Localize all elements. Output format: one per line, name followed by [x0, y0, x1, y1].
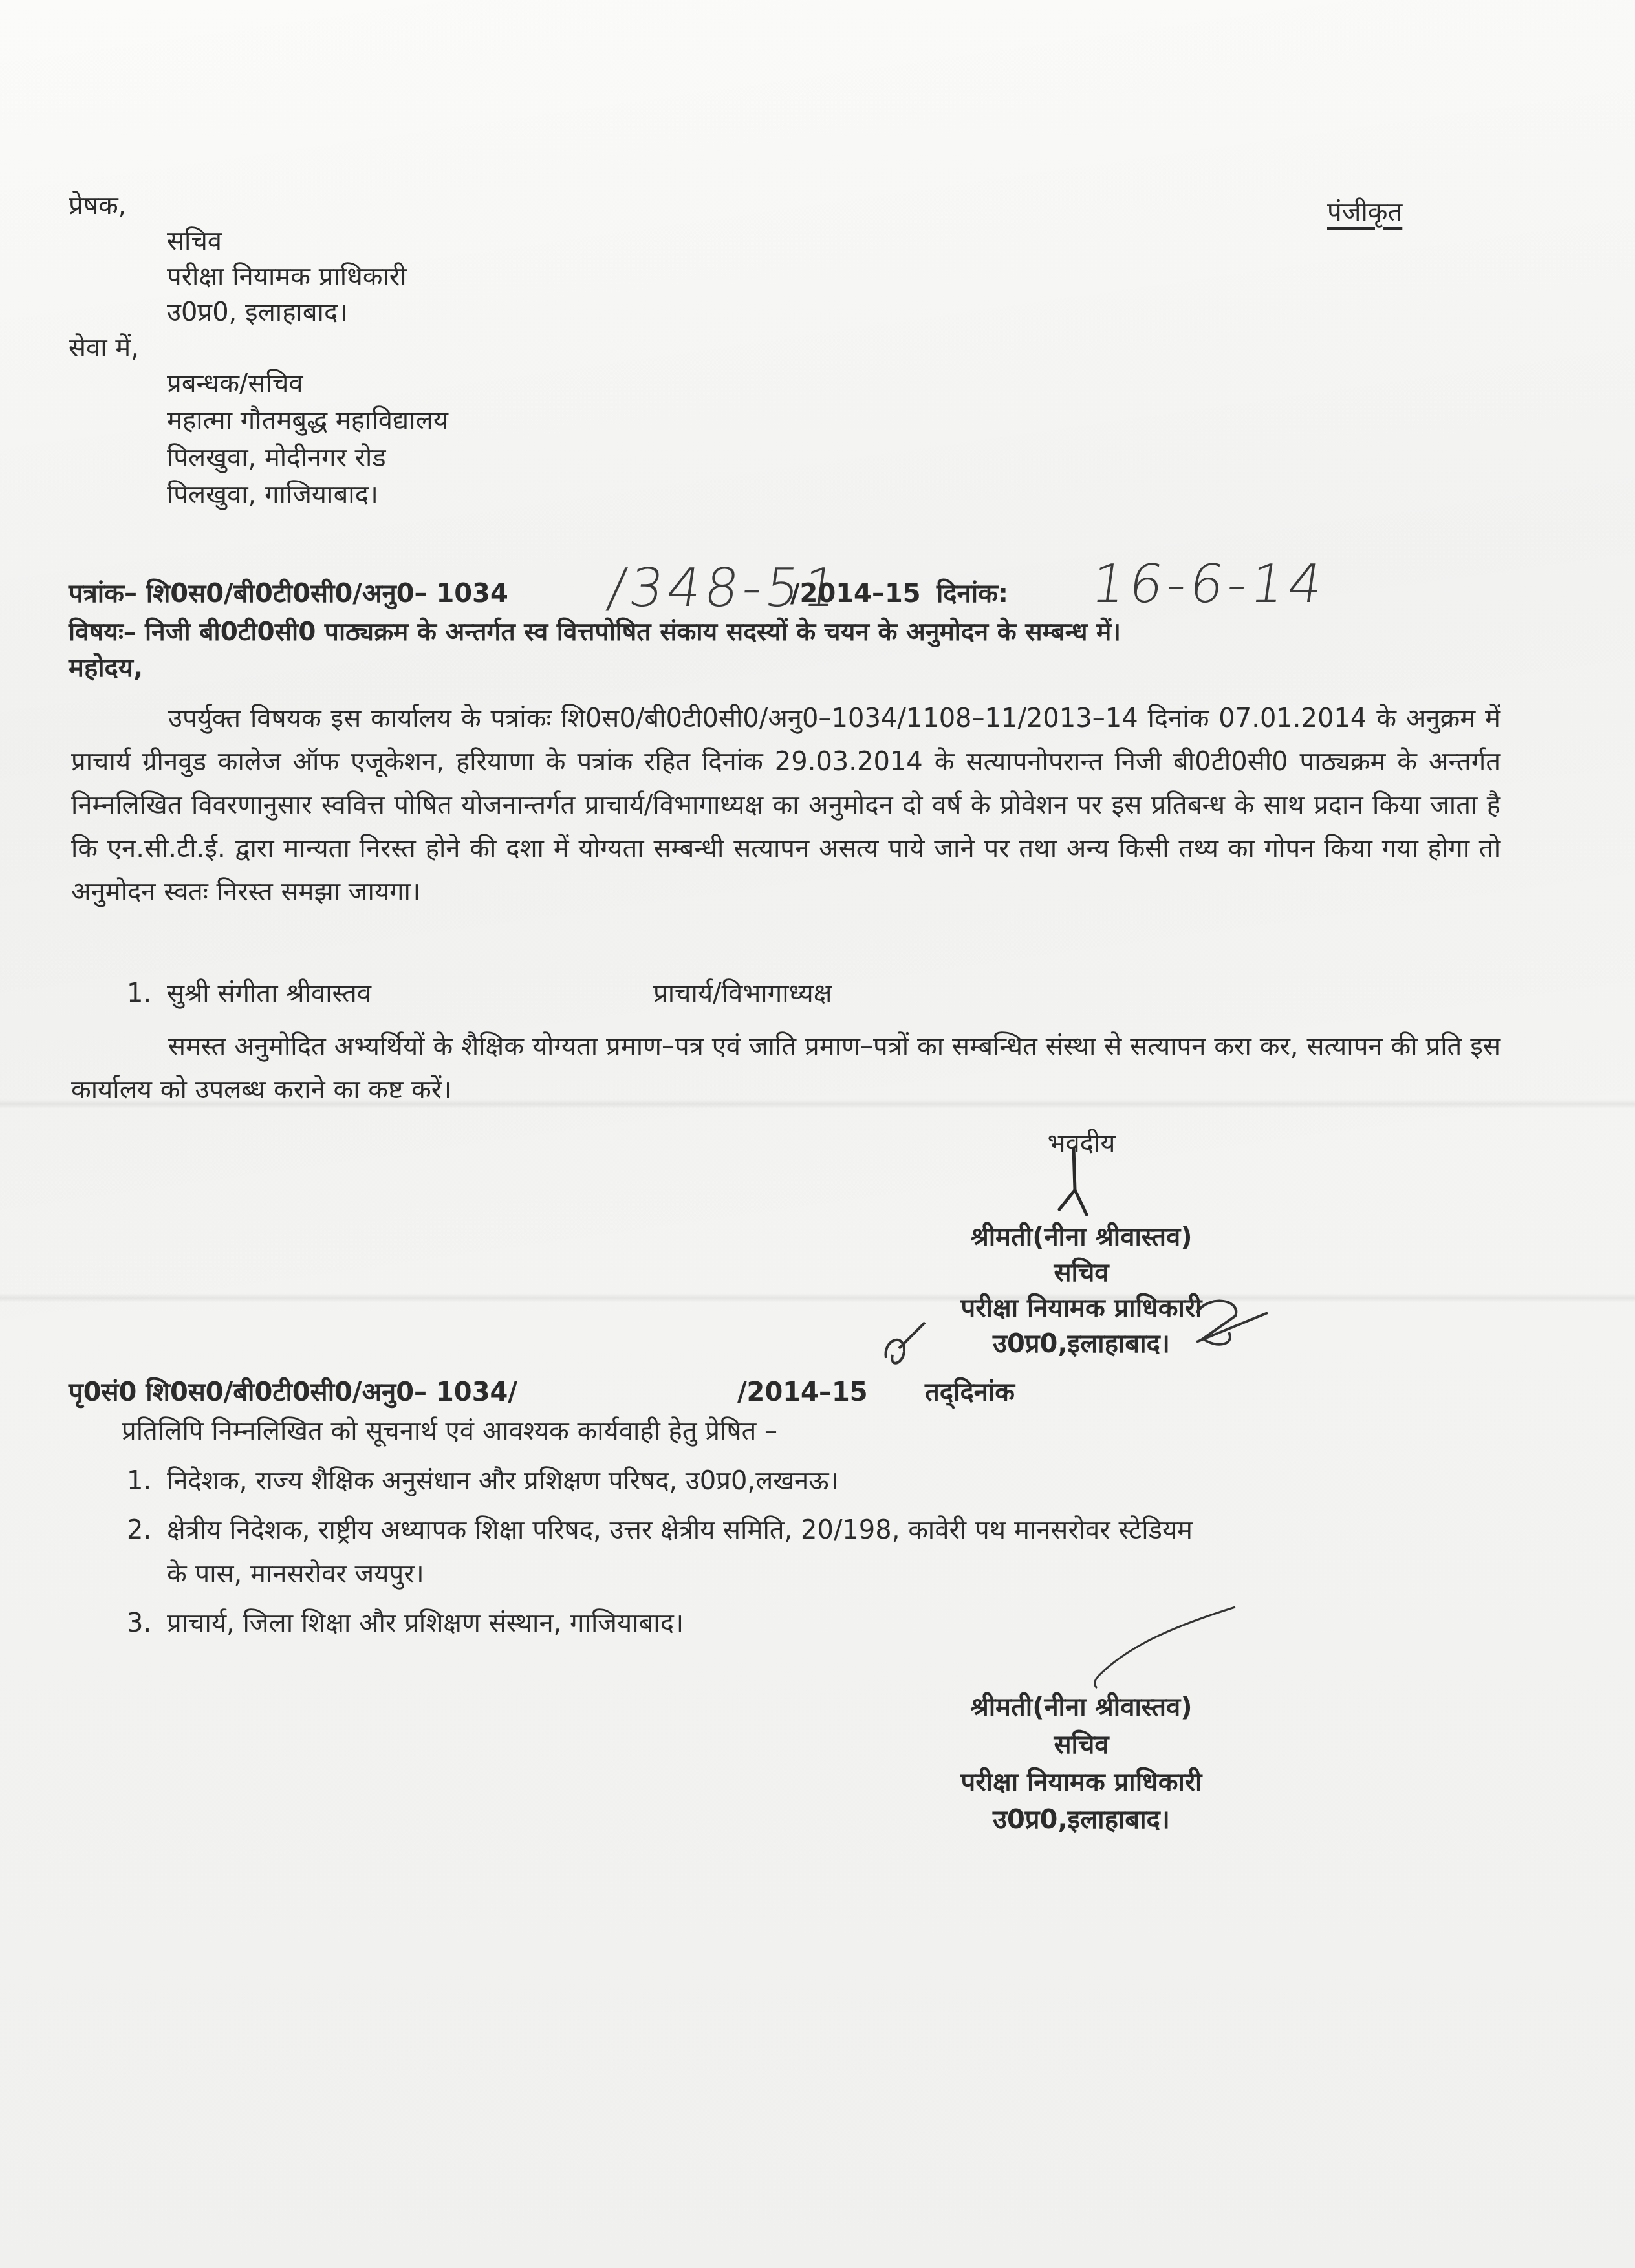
subject-line: विषयः– निजी बी0टी0सी0 पाठ्यक्रम के अन्तर… — [69, 614, 1121, 651]
signatory-office: परीक्षा नियामक प्राधिकारी — [961, 1764, 1202, 1800]
recipient-line: पिलखुवा, मोदीनगर रोड — [167, 440, 386, 476]
reference-date-label: दिनांक: — [937, 576, 1008, 612]
copy-item-number: 1. — [127, 1463, 151, 1499]
body-paragraph: उपर्युक्त विषयक इस कार्यालय के पत्रांकः … — [71, 697, 1500, 914]
endorsement-year: /2014–15 — [737, 1374, 868, 1410]
recipient-line: पिलखुवा, गाजियाबाद। — [167, 477, 378, 513]
signatory-place: उ0प्र0,इलाहाबाद। — [993, 1802, 1170, 1838]
signatory-title: सचिव — [1054, 1727, 1109, 1763]
signatory-title: सचिव — [1054, 1255, 1109, 1291]
approved-item-name: सुश्री संगीता श्रीवास्तव — [167, 975, 371, 1011]
recipient-line: महात्मा गौतमबुद्ध महाविद्यालय — [167, 402, 448, 438]
approved-item-designation: प्राचार्य/विभागाध्यक्ष — [653, 975, 832, 1011]
endorsement-date-label: तद्‌दिनांक — [925, 1374, 1015, 1410]
copy-item-text: प्राचार्य, जिला शिक्षा और प्रशिक्षण संस्… — [167, 1605, 684, 1641]
verification-paragraph-text: समस्त अनुमोदित अभ्यर्थियों के शैक्षिक यो… — [71, 1025, 1500, 1112]
approved-item-number: 1. — [127, 975, 151, 1011]
sender-line: उ0प्र0, इलाहाबाद। — [167, 294, 347, 330]
sender-label: प्रेषक, — [69, 188, 126, 224]
recipient-line: प्रबन्धक/सचिव — [167, 365, 303, 402]
salutation: महोदय, — [69, 650, 143, 686]
registered-label: पंजीकृत — [1327, 194, 1402, 230]
signatory-name: श्रीमती(नीना श्रीवास्तव) — [970, 1219, 1192, 1255]
initials-mark-icon — [880, 1319, 957, 1371]
reference-year: /2014–15 — [790, 576, 921, 612]
initials-mark-icon — [1184, 1287, 1274, 1358]
handwritten-signature-icon — [1048, 1145, 1112, 1222]
sender-line: परीक्षा नियामक प्राधिकारी — [167, 259, 407, 295]
body-paragraph-text: उपर्युक्त विषयक इस कार्यालय के पत्रांकः … — [71, 697, 1500, 914]
copy-item-text: क्षेत्रीय निदेशक, राष्ट्रीय अध्यापक शिक्… — [167, 1512, 1193, 1548]
signatory-place: उ0प्र0,इलाहाबाद। — [993, 1326, 1170, 1362]
signatory-name: श्रीमती(नीना श्रीवास्तव) — [970, 1689, 1192, 1725]
copy-item-text-continued: के पास, मानसरोवर जयपुर। — [167, 1556, 424, 1592]
scanned-letter-page: पंजीकृत प्रेषक, सचिव परीक्षा नियामक प्रा… — [0, 0, 1635, 2268]
verification-paragraph: समस्त अनुमोदित अभ्यर्थियों के शैक्षिक यो… — [71, 1025, 1500, 1112]
signature-stroke-icon — [1054, 1604, 1248, 1694]
recipient-label: सेवा में, — [69, 330, 139, 366]
copy-item-text: निदेशक, राज्य शैक्षिक अनुसंधान और प्रशिक… — [167, 1463, 839, 1499]
paper-fold-line — [0, 1293, 1635, 1302]
signatory-office: परीक्षा नियामक प्राधिकारी — [961, 1290, 1202, 1326]
endorsement-prefix: पृ0सं0 शि0स0/बी0टी0सी0/अनु0– 1034/ — [69, 1374, 517, 1410]
copy-item-number: 2. — [127, 1512, 151, 1548]
endorsement-intro: प्रतिलिपि निम्नलिखित को सूचनार्थ एवं आवश… — [122, 1413, 777, 1449]
reference-prefix: पत्रांक– शि0स0/बी0टी0सी0/अनु0– 1034 — [69, 576, 508, 612]
handwritten-date: 16-6-14 — [1087, 554, 1330, 615]
sender-line: सचिव — [167, 223, 222, 259]
copy-item-number: 3. — [127, 1605, 151, 1641]
